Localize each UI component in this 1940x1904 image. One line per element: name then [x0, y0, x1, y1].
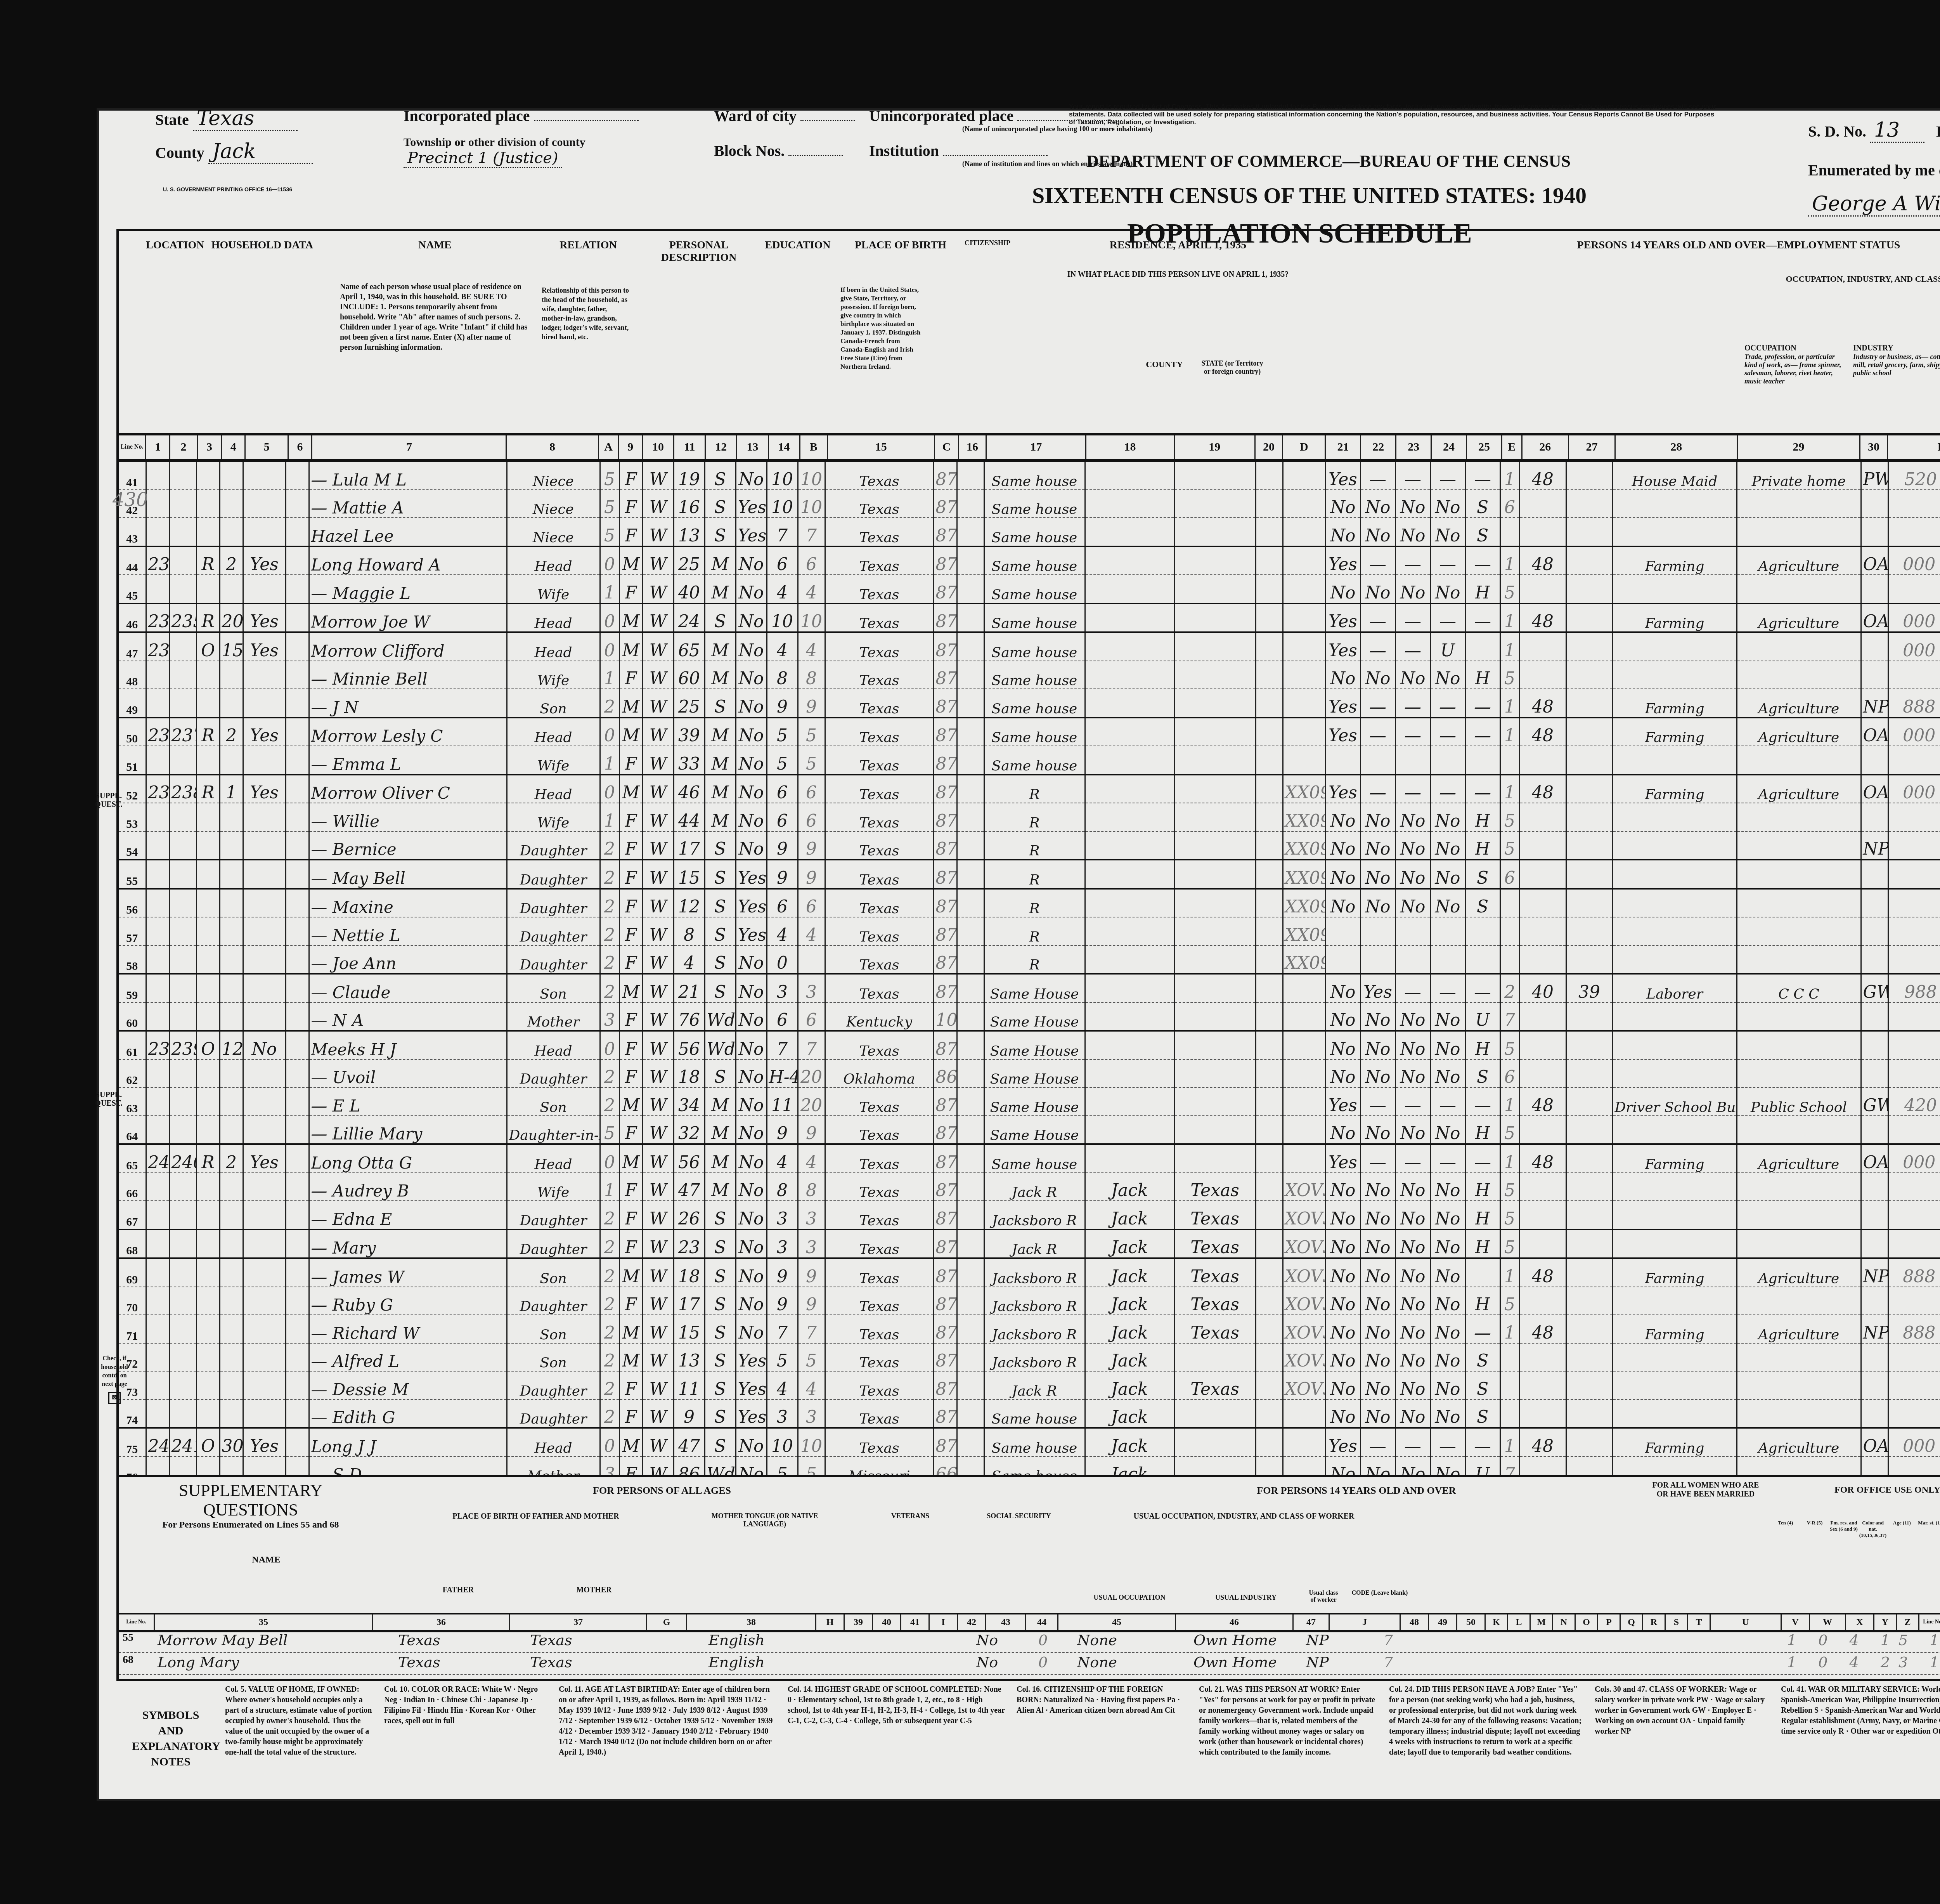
- cell-ind: Agriculture: [1737, 1258, 1861, 1287]
- cell-c23: No: [1395, 1201, 1430, 1229]
- industry-examples: Industry or business, as— cotton mill, r…: [1853, 353, 1940, 377]
- suppl-cell-c44: 0: [1038, 1632, 1048, 1649]
- cell-sex: F: [619, 490, 643, 518]
- cell-marital: M: [705, 575, 736, 603]
- cell-birth: Texas: [825, 803, 934, 831]
- cell-relation: Head: [507, 1144, 600, 1173]
- cell-res-state: Texas: [1174, 1173, 1256, 1201]
- cell-c27: [1566, 1060, 1613, 1088]
- blank-cell: [286, 1229, 309, 1259]
- cell-c22: No: [1360, 661, 1395, 689]
- blank-cell: [957, 831, 984, 860]
- margin-note-430: 430: [113, 489, 148, 511]
- cell-c23: No: [1395, 518, 1430, 546]
- blank-cell: [286, 632, 309, 661]
- cell-name: Long Howard A: [309, 546, 507, 575]
- cell-c25: [1465, 746, 1500, 775]
- blank-cell: [1256, 490, 1283, 518]
- column-headers: LOCATION HOUSEHOLD DATA NAME RELATION PE…: [119, 231, 1940, 435]
- cell-c23: —: [1395, 546, 1430, 575]
- cell-ce: 1: [1500, 775, 1519, 803]
- suppl-column-number: 47: [1294, 1614, 1330, 1630]
- cell-birth: Texas: [825, 603, 934, 633]
- cell-c22: No: [1360, 1002, 1395, 1031]
- cell-res-farm: [1283, 718, 1325, 746]
- cell-ce: 1: [1500, 462, 1519, 490]
- suppl-column-number: Line No.: [1919, 1614, 1940, 1630]
- blank-cell: [1256, 1201, 1283, 1229]
- suppl-cell-j: 7: [1384, 1632, 1393, 1649]
- cell-res-county: Jack: [1085, 1287, 1174, 1315]
- cell-school: No: [736, 831, 767, 860]
- block-field: Block Nos.: [714, 142, 843, 160]
- cell-code-a: 2: [600, 1287, 619, 1315]
- blank-cell: [957, 775, 984, 803]
- cell-race: W: [643, 575, 674, 603]
- cell-res-city: Same house: [984, 518, 1085, 546]
- cell-c27: [1566, 1287, 1613, 1315]
- cell-ind: [1737, 632, 1861, 661]
- column-number: 26: [1523, 435, 1569, 459]
- cell-res-county: Jack: [1085, 1315, 1174, 1343]
- blank-cell: [957, 1428, 984, 1457]
- cell-res-city: Same House: [984, 974, 1085, 1002]
- cell-grade: 9: [767, 689, 798, 718]
- cell-family: 237: [169, 718, 196, 746]
- group-residence: RESIDENCE, APRIL 1, 1935: [999, 239, 1356, 251]
- ward-value: [800, 120, 855, 121]
- cell-grade: 3: [767, 974, 798, 1002]
- cell-line: 61: [119, 1031, 146, 1060]
- cell-name: — Claude: [309, 974, 507, 1002]
- suppl-column-number: O: [1576, 1614, 1598, 1630]
- cell-family: [169, 1002, 196, 1031]
- suppl-column-number: U: [1711, 1614, 1782, 1630]
- blank-cell: [1256, 1116, 1283, 1144]
- cell-c27: [1566, 1343, 1613, 1372]
- cell-codef: 000 VV 4: [1888, 1144, 1940, 1173]
- cell-c24: No: [1430, 1287, 1465, 1315]
- blank-cell: [286, 718, 309, 746]
- cell-birth: Texas: [825, 1201, 934, 1229]
- cell-c24: [1430, 746, 1465, 775]
- cell-line: 64: [119, 1116, 146, 1144]
- cell-c21: No: [1325, 1371, 1360, 1399]
- census-row: 75241241O300YesLong J JHead0MW47SNo1010T…: [119, 1428, 1940, 1457]
- cell-ce: [1500, 889, 1519, 917]
- cell-res-city: Same house: [984, 746, 1085, 775]
- cell-grade: 9: [767, 860, 798, 889]
- cell-own: [196, 1399, 220, 1428]
- cell-farm: Yes: [243, 775, 286, 803]
- cell-c24: No: [1430, 1229, 1465, 1259]
- supplementary-questions: SUPPLEMENTARY QUESTIONS For Persons Enum…: [116, 1475, 1940, 1681]
- column-number: 30: [1860, 435, 1888, 459]
- suppl-row: 55Morrow May BellTexasTexasEnglishNo0Non…: [119, 1631, 1940, 1653]
- cell-value: [220, 1229, 243, 1259]
- blank-cell: [286, 1144, 309, 1173]
- suppl-name-header: NAME: [165, 1555, 367, 1565]
- cell-value: 150: [220, 632, 243, 661]
- cell-res-farm: [1283, 689, 1325, 718]
- for-14-over: FOR PERSONS 14 YEARS OLD AND OVER: [1065, 1485, 1647, 1496]
- cell-family: [169, 945, 196, 974]
- cell-age: 13: [674, 518, 705, 546]
- cell-code-c: 87: [934, 575, 957, 603]
- cell-relation: Head: [507, 1031, 600, 1060]
- cell-ind: [1737, 1173, 1861, 1201]
- blank-cell: [286, 860, 309, 889]
- cell-c24: No: [1430, 1002, 1465, 1031]
- cell-c24: —: [1430, 689, 1465, 718]
- group-citizenship: CITIZENSHIP: [965, 239, 999, 247]
- cell-sex: F: [619, 803, 643, 831]
- cell-relation: Niece: [507, 518, 600, 546]
- blank-cell: [957, 917, 984, 945]
- residence-county-header: COUNTY: [1135, 359, 1193, 369]
- census-row: 67— Edna EDaughter2FW26SNo33Texas87Jacks…: [119, 1201, 1940, 1229]
- cell-c25: —: [1465, 689, 1500, 718]
- cell-res-farm: [1283, 1399, 1325, 1428]
- suppl-column-number: S: [1666, 1614, 1688, 1630]
- column-number: 21: [1326, 435, 1361, 459]
- blank-cell: [286, 1258, 309, 1287]
- ward-field: Ward of city: [714, 107, 855, 125]
- cell-res-county: [1085, 689, 1174, 718]
- cell-codef: [1888, 1371, 1940, 1399]
- cell-relation: Daughter: [507, 1399, 600, 1428]
- unincorporated-field: Unincorporated place (Name of unincorpor…: [869, 107, 1152, 133]
- state-value: Texas: [193, 107, 298, 131]
- cell-c27: [1566, 689, 1613, 718]
- cell-own: [196, 974, 220, 1002]
- cell-c27: [1566, 1428, 1613, 1457]
- cell-sex: F: [619, 1031, 643, 1060]
- suppl-column-number: 40: [873, 1614, 901, 1630]
- cell-c27: [1566, 1031, 1613, 1060]
- cell-occ: [1613, 1371, 1737, 1399]
- cell-marital: M: [705, 1116, 736, 1144]
- column-numbers-row: Line No.12345678A91011121314B15C16171819…: [119, 435, 1940, 462]
- cell-name: Morrow Joe W: [309, 603, 507, 633]
- cell-ind: Agriculture: [1737, 689, 1861, 718]
- cell-name: — Lula M L: [309, 462, 507, 490]
- cell-family: [169, 490, 196, 518]
- cell-grade: 10: [767, 490, 798, 518]
- cell-dwelling: [146, 1399, 169, 1428]
- cell-code-b: 10: [798, 462, 825, 490]
- cell-own: R: [196, 546, 220, 575]
- blank-cell: [957, 974, 984, 1002]
- cell-ind: Agriculture: [1737, 1315, 1861, 1343]
- cell-res-city: Same House: [984, 1116, 1085, 1144]
- cell-farm: [243, 490, 286, 518]
- cell-res-city: Same House: [984, 1002, 1085, 1031]
- cell-grade: 3: [767, 1229, 798, 1259]
- cell-codef: [1888, 746, 1940, 775]
- suppl-column-number: 46: [1176, 1614, 1294, 1630]
- cell-ce: 1: [1500, 718, 1519, 746]
- cell-c21: No: [1325, 1399, 1360, 1428]
- cell-dwelling: [146, 945, 169, 974]
- column-number: F: [1888, 435, 1940, 459]
- cell-code-a: 0: [600, 775, 619, 803]
- cell-cls: [1861, 889, 1888, 917]
- cell-c21: No: [1325, 1229, 1360, 1259]
- enumerated-date-field: Enumerated by me on 30 April, 1940.: [1808, 157, 1940, 182]
- cell-res-farm: XOV3: [1283, 1201, 1325, 1229]
- cell-farm: Yes: [243, 603, 286, 633]
- cell-occ: [1613, 945, 1737, 974]
- cell-c24: No: [1430, 1201, 1465, 1229]
- name-instructions: Name of each person whose usual place of…: [340, 282, 530, 352]
- cell-c21: No: [1325, 1287, 1360, 1315]
- blank-cell: [1256, 917, 1283, 945]
- cell-res-state: [1174, 575, 1256, 603]
- cell-res-county: Jack: [1085, 1201, 1174, 1229]
- cell-family: [169, 974, 196, 1002]
- cell-c21: [1325, 746, 1360, 775]
- cell-own: [196, 803, 220, 831]
- cell-ce: 1: [1500, 1258, 1519, 1287]
- cell-grade: 11: [767, 1087, 798, 1116]
- cell-race: W: [643, 831, 674, 860]
- industry-sub-label: INDUSTRY: [1853, 344, 1940, 353]
- occupation-sub-label: OCCUPATION: [1744, 344, 1849, 353]
- cell-res-city: Jacksboro R: [984, 1343, 1085, 1372]
- suppl-cell-father: Texas: [398, 1632, 440, 1649]
- blank-cell: [286, 1173, 309, 1201]
- cell-c25: [1465, 917, 1500, 945]
- cell-code-b: 9: [798, 1258, 825, 1287]
- cell-occ: House Maid: [1613, 462, 1737, 490]
- suppl-column-number: L: [1508, 1614, 1531, 1630]
- cell-school: Yes: [736, 1371, 767, 1399]
- column-number: 16: [959, 435, 987, 459]
- cell-race: W: [643, 746, 674, 775]
- cell-school: No: [736, 1173, 767, 1201]
- suppl-column-number: I: [930, 1614, 958, 1630]
- cell-code-b: 20: [798, 1060, 825, 1088]
- cell-sex: F: [619, 1116, 643, 1144]
- suppl-column-number: 44: [1026, 1614, 1058, 1630]
- cell-sex: M: [619, 1144, 643, 1173]
- note-col10: Col. 10. COLOR OR RACE: White W · Negro …: [384, 1684, 547, 1726]
- cell-cls: NP: [1861, 1258, 1888, 1287]
- cell-dwelling: 239: [146, 1031, 169, 1060]
- cell-occ: [1613, 746, 1737, 775]
- cell-code-b: 4: [798, 632, 825, 661]
- column-number: 10: [643, 435, 674, 459]
- cell-res-county: Jack: [1085, 1258, 1174, 1287]
- cell-sex: M: [619, 718, 643, 746]
- cell-cls: [1861, 575, 1888, 603]
- cell-res-state: Texas: [1174, 1201, 1256, 1229]
- cell-c26: [1519, 1116, 1566, 1144]
- cell-c26: [1519, 518, 1566, 546]
- cell-c21: No: [1325, 518, 1360, 546]
- suppl-column-number: 43: [986, 1614, 1026, 1630]
- cell-code-c: 87: [934, 945, 957, 974]
- cell-marital: S: [705, 689, 736, 718]
- cell-ce: 1: [1500, 1144, 1519, 1173]
- household-continued-checkbox[interactable]: Check, if household contd. on next page⊠: [99, 1354, 130, 1404]
- cell-res-city: Jacksboro R: [984, 1287, 1085, 1315]
- cell-c26: 48: [1519, 462, 1566, 490]
- census-row: 45— Maggie LWife1FW40MNo44Texas87Same ho…: [119, 575, 1940, 603]
- cell-grade: 9: [767, 831, 798, 860]
- cell-value: [220, 1060, 243, 1088]
- cell-c27: [1566, 1258, 1613, 1287]
- cell-c21: No: [1325, 860, 1360, 889]
- suppl-column-number: 39: [845, 1614, 873, 1630]
- cell-c25: —: [1465, 1144, 1500, 1173]
- cell-sex: F: [619, 889, 643, 917]
- cell-res-farm: XOV3: [1283, 1229, 1325, 1259]
- cell-race: W: [643, 1315, 674, 1343]
- blank-cell: [1256, 575, 1283, 603]
- cell-family: [169, 1258, 196, 1287]
- cell-grade: 4: [767, 917, 798, 945]
- cell-birth: Texas: [825, 546, 934, 575]
- cell-c27: [1566, 860, 1613, 889]
- cell-c26: [1519, 1287, 1566, 1315]
- cell-c22: No: [1360, 889, 1395, 917]
- cell-res-city: Same house: [984, 462, 1085, 490]
- cell-occ: [1613, 632, 1737, 661]
- blank-cell: [286, 1343, 309, 1372]
- cell-code-c: 87: [934, 718, 957, 746]
- cell-c22: Yes: [1360, 974, 1395, 1002]
- cell-sex: M: [619, 546, 643, 575]
- cell-dwelling: [146, 974, 169, 1002]
- cell-dwelling: [146, 1287, 169, 1315]
- cell-c21: Yes: [1325, 718, 1360, 746]
- cell-code-c: 87: [934, 1116, 957, 1144]
- cell-c22: No: [1360, 1258, 1395, 1287]
- cell-relation: Head: [507, 775, 600, 803]
- suppl-cell-cls: NP: [1306, 1654, 1329, 1671]
- suppl-column-number: P: [1598, 1614, 1621, 1630]
- cell-code-c: 87: [934, 1229, 957, 1259]
- cell-res-county: [1085, 575, 1174, 603]
- cell-cls: NP: [1861, 831, 1888, 860]
- cell-grade: 4: [767, 1371, 798, 1399]
- suppl-veterans-header: VETERANS: [856, 1512, 965, 1520]
- cell-value: [220, 661, 243, 689]
- cell-res-state: Texas: [1174, 1315, 1256, 1343]
- cell-occ: Farming: [1613, 1258, 1737, 1287]
- cell-sex: F: [619, 1002, 643, 1031]
- cell-sex: F: [619, 746, 643, 775]
- industry-subheader: INDUSTRYIndustry or business, as— cotton…: [1853, 344, 1940, 377]
- cell-ce: 6: [1500, 860, 1519, 889]
- cell-grade: 10: [767, 603, 798, 633]
- cell-cls: [1861, 1173, 1888, 1201]
- cell-c25: S: [1465, 518, 1500, 546]
- cell-c22: No: [1360, 1201, 1395, 1229]
- cell-relation: Daughter: [507, 889, 600, 917]
- cell-res-state: [1174, 1428, 1256, 1457]
- cell-c24: No: [1430, 803, 1465, 831]
- suppl-cell-line: 68: [123, 1654, 133, 1666]
- cell-res-farm: XX09: [1283, 889, 1325, 917]
- cell-ce: 5: [1500, 1173, 1519, 1201]
- suppl-code-sub: CODE (Leave blank): [1345, 1590, 1415, 1597]
- residence-state-header: STATE (or Territory or foreign country): [1201, 359, 1263, 376]
- cell-marital: S: [705, 518, 736, 546]
- cell-res-farm: XX09: [1283, 945, 1325, 974]
- blank-cell: [957, 689, 984, 718]
- cell-ind: Agriculture: [1737, 546, 1861, 575]
- blank-cell: [957, 1087, 984, 1116]
- blank-cell: [286, 1399, 309, 1428]
- column-number: 25: [1467, 435, 1502, 459]
- note-col24: Col. 24. DID THIS PERSON HAVE A JOB? Ent…: [1389, 1684, 1583, 1758]
- suppl-row: 68Long MaryTexasTexasEnglishNo0NoneOwn H…: [119, 1653, 1940, 1675]
- cell-sex: M: [619, 1258, 643, 1287]
- confidentiality-notice: Your report is required by Act of Congre…: [1069, 103, 1721, 126]
- cell-family: [169, 1229, 196, 1259]
- birth-instructions: If born in the United States, give State…: [840, 286, 922, 371]
- suppl-column-number: T: [1688, 1614, 1711, 1630]
- cell-occ: Farming: [1613, 546, 1737, 575]
- cell-res-farm: [1283, 490, 1325, 518]
- cell-grade: 4: [767, 575, 798, 603]
- cell-codef: [1888, 860, 1940, 889]
- note-col11: Col. 11. AGE AT LAST BIRTHDAY: Enter age…: [559, 1684, 776, 1758]
- cell-value: [220, 1258, 243, 1287]
- cell-codef: [1888, 490, 1940, 518]
- cell-relation: Head: [507, 632, 600, 661]
- cell-res-state: [1174, 1087, 1256, 1116]
- cell-c21: Yes: [1325, 546, 1360, 575]
- cell-grade: 6: [767, 546, 798, 575]
- office-header: Ten (4): [1772, 1520, 1800, 1526]
- blank-cell: [286, 889, 309, 917]
- suppl-quest-marker-55: SUPPL. QUEST.: [93, 792, 124, 809]
- cell-res-county: [1085, 1031, 1174, 1060]
- cell-marital: S: [705, 490, 736, 518]
- cell-name: — Dessie M: [309, 1371, 507, 1399]
- cell-res-farm: [1283, 603, 1325, 633]
- cell-code-b: 10: [798, 1428, 825, 1457]
- column-number: 28: [1616, 435, 1738, 459]
- cell-c21: Yes: [1325, 689, 1360, 718]
- blank-cell: [286, 1201, 309, 1229]
- cell-school: No: [736, 1287, 767, 1315]
- cell-c22: —: [1360, 462, 1395, 490]
- cell-occ: [1613, 490, 1737, 518]
- suppl-cell-name: Morrow May Bell: [158, 1632, 288, 1649]
- cell-res-county: [1085, 546, 1174, 575]
- cell-c27: [1566, 1087, 1613, 1116]
- cell-c27: [1566, 1173, 1613, 1201]
- cell-name: — E L: [309, 1087, 507, 1116]
- cell-farm: Yes: [243, 1428, 286, 1457]
- cell-codef: [1888, 1399, 1940, 1428]
- cell-ind: [1737, 1060, 1861, 1088]
- cell-res-city: Same house: [984, 1428, 1085, 1457]
- checkbox-icon[interactable]: ⊠: [108, 1392, 121, 1404]
- cell-own: [196, 575, 220, 603]
- cell-farm: [243, 1087, 286, 1116]
- cell-c25: S: [1465, 860, 1500, 889]
- column-number: 13: [737, 435, 769, 459]
- cell-own: [196, 689, 220, 718]
- cell-sex: F: [619, 860, 643, 889]
- cell-own: [196, 490, 220, 518]
